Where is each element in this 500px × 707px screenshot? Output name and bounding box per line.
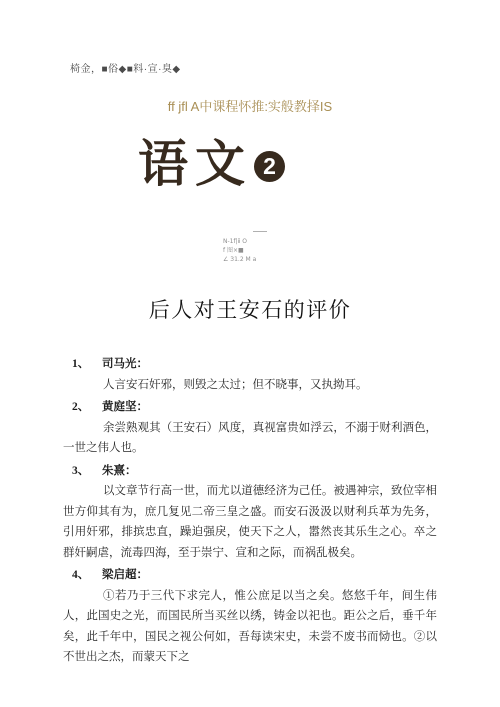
series-subtitle-text: ff jfl A中课程怀推:实般教择IS bbox=[0, 96, 500, 115]
page-title: 后人对王安石的评价 bbox=[0, 294, 500, 324]
list-item: 3、朱熹： 以文章节行高一世，而尤以道德经济为己任。被遇神宗，致位宰相世方仰其有… bbox=[63, 461, 437, 564]
item-quote-text: 人言安石奸邪，则毁之太过；但不晓事，又执拗耳。 bbox=[63, 375, 437, 396]
item-label: 2、黄庭坚： bbox=[63, 397, 437, 418]
book-page: 椅金，■俗◆■料·宣·臭◆ ff jfl A中课程怀推:实般教择IS 语文2 N… bbox=[0, 0, 500, 707]
item-number: 4、 bbox=[63, 565, 102, 586]
list-item: 4、梁启超： ①若乃于三代下求完人，惟公庶足以当之矣。悠悠千年，间生伟人，此国史… bbox=[63, 565, 437, 668]
item-person-name: 朱熹： bbox=[102, 465, 137, 477]
item-label: 3、朱熹： bbox=[63, 461, 437, 482]
item-person-name: 黄庭坚： bbox=[102, 401, 148, 413]
item-quote-text: 余尝熟观其（王安石）风度，真视富贵如浮云，不溺于财利酒色，一世之伟人也。 bbox=[63, 418, 437, 459]
item-number: 1、 bbox=[63, 354, 102, 375]
item-person-name: 司马光： bbox=[102, 358, 148, 370]
item-number: 2、 bbox=[63, 397, 102, 418]
imprint-dash bbox=[253, 231, 267, 232]
book-title: 语文2 bbox=[138, 124, 285, 196]
item-label: 4、梁启超： bbox=[63, 565, 437, 586]
item-quote-text: 以文章节行高一世，而尤以道德经济为己任。被遇神宗，致位宰相世方仰其有为，庶几复见… bbox=[63, 481, 437, 563]
volume-2-badge: 2 bbox=[254, 151, 285, 182]
header-meta-text: 椅金，■俗◆■料·宣·臭◆ bbox=[70, 60, 181, 75]
item-quote-text: ①若乃于三代下求完人，惟公庶足以当之矣。悠悠千年，间生伟人，此国史之光，而国民所… bbox=[63, 586, 437, 668]
publisher-imprint-block: N-1f|ⅱ O f 图×■ ∠ 31.2 M a bbox=[223, 231, 273, 264]
item-label: 1、司马光： bbox=[63, 354, 437, 375]
imprint-line-1: N-1f|ⅱ O bbox=[223, 237, 273, 246]
item-number: 3、 bbox=[63, 461, 102, 482]
imprint-line-2: f 图×■ bbox=[223, 246, 273, 255]
evaluation-list: 1、司马光： 人言安石奸邪，则毁之太过；但不晓事，又执拗耳。 2、黄庭坚： 余尝… bbox=[63, 352, 437, 668]
item-person-name: 梁启超： bbox=[102, 569, 148, 581]
imprint-line-3: ∠ 31.2 M a bbox=[223, 255, 273, 264]
book-title-text: 语文 bbox=[138, 136, 252, 192]
list-item: 1、司马光： 人言安石奸邪，则毁之太过；但不晓事，又执拗耳。 bbox=[63, 354, 437, 395]
list-item: 2、黄庭坚： 余尝熟观其（王安石）风度，真视富贵如浮云，不溺于财利酒色，一世之伟… bbox=[63, 397, 437, 459]
